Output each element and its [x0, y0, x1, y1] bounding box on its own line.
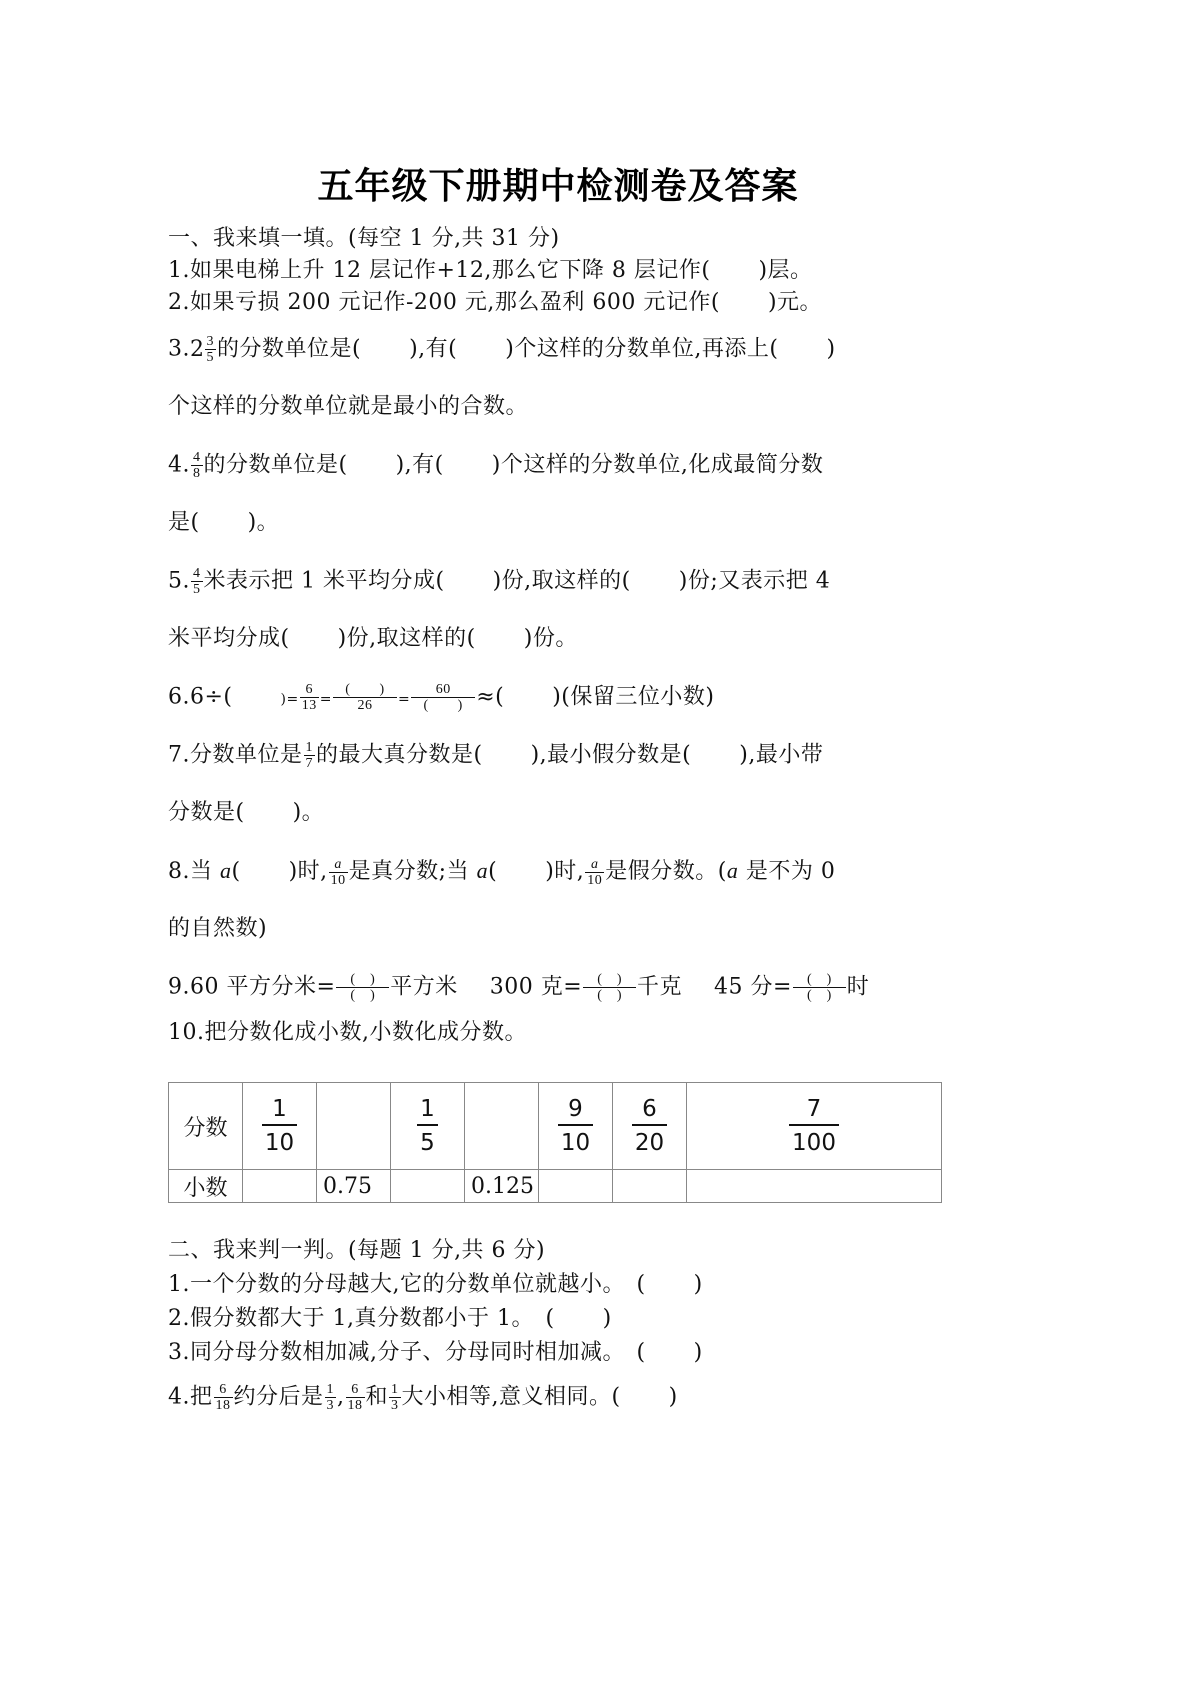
table-cell-blank[interactable] [317, 1083, 391, 1170]
conversion-table: 分数 110 15 910 620 7100 小数 0.75 0.125 [168, 1082, 942, 1203]
fraction-blank-numerator[interactable]: ( )26 [333, 682, 397, 713]
table-row-fractions: 分数 110 15 910 620 7100 [169, 1083, 942, 1170]
table-cell: 15 [391, 1083, 465, 1170]
fraction: 613 [300, 682, 319, 713]
fraction: 13 [389, 1382, 401, 1413]
fraction: 45 [191, 566, 203, 597]
question-1-9: 9.60 平方分米=( )( )平方米300 克=( )( )千克45 分=( … [168, 972, 869, 1003]
question-1-10: 10.把分数化成小数,小数化成分数。 [168, 1018, 527, 1048]
judge-question-4: 4.把618约分后是13,618和13大小相等,意义相同。() [168, 1382, 678, 1413]
question-1-1: 1.如果电梯上升 12 层记作+12,那么它下降 8 层记作()层。 [168, 256, 813, 286]
fraction: 13 [325, 1382, 337, 1413]
table-cell: 620 [613, 1083, 687, 1170]
judge-question-1: 1.一个分数的分母越大,它的分数单位就越小。 () [168, 1270, 703, 1300]
table-cell: 0.125 [465, 1170, 539, 1203]
question-1-3: 3.235的分数单位是(),有()个这样的分数单位,再添上() [168, 334, 836, 365]
question-1-5-cont: 米平均分成()份,取这样的()份。 [168, 624, 578, 654]
fraction-blank[interactable]: ( )( ) [583, 972, 636, 1003]
fraction: 618 [346, 1382, 365, 1413]
question-1-5: 5.45米表示把 1 米平均分成()份,取这样的()份;又表示把 4 [168, 566, 830, 597]
table-cell-blank[interactable] [539, 1170, 613, 1203]
table-cell: 7100 [687, 1083, 942, 1170]
table-cell-blank[interactable] [391, 1170, 465, 1203]
question-1-8: 8.当 a()时,a10是真分数;当 a()时,a10是假分数。(a 是不为 0 [168, 856, 835, 888]
fraction-blank[interactable]: ( )( ) [793, 972, 846, 1003]
fraction: a10 [585, 857, 604, 888]
table-cell-blank[interactable] [243, 1170, 317, 1203]
table-cell: 110 [243, 1083, 317, 1170]
table-row-decimals: 小数 0.75 0.125 [169, 1170, 942, 1203]
table-cell-blank[interactable] [465, 1083, 539, 1170]
table-cell: 910 [539, 1083, 613, 1170]
fraction: 17 [304, 740, 316, 771]
table-cell-blank[interactable] [613, 1170, 687, 1203]
fraction: 618 [214, 1382, 233, 1413]
question-1-7: 7.分数单位是17的最大真分数是(),最小假分数是(),最小带 [168, 740, 823, 771]
judge-question-3: 3.同分母分数相加减,分子、分母同时相加减。 () [168, 1338, 703, 1368]
fraction-blank[interactable]: ( )( ) [336, 972, 389, 1003]
question-1-2: 2.如果亏损 200 元记作-200 元,那么盈利 600 元记作()元。 [168, 288, 822, 318]
question-1-3-cont: 个这样的分数单位就是最小的合数。 [168, 392, 528, 422]
table-cell-blank[interactable] [687, 1170, 942, 1203]
question-1-4: 4.48的分数单位是(),有()个这样的分数单位,化成最简分数 [168, 450, 823, 481]
question-1-6: 6.6÷()=613=( )26=60( )≈()(保留三位小数) [168, 682, 714, 715]
page-title: 五年级下册期中检测卷及答案 [168, 158, 948, 209]
table-cell: 0.75 [317, 1170, 391, 1203]
judge-question-2: 2.假分数都大于 1,真分数都小于 1。 () [168, 1304, 612, 1334]
section1-heading: 一、我来填一填。(每空 1 分,共 31 分) [168, 224, 560, 254]
fraction-blank-denominator[interactable]: 60( ) [411, 682, 475, 713]
fraction: 48 [191, 450, 203, 481]
fraction: 35 [205, 334, 217, 365]
row-label: 小数 [169, 1170, 243, 1203]
question-1-8-cont: 的自然数) [168, 914, 267, 944]
section2-heading: 二、我来判一判。(每题 1 分,共 6 分) [168, 1236, 545, 1266]
row-label: 分数 [169, 1083, 243, 1170]
question-1-7-cont: 分数是()。 [168, 798, 324, 828]
question-1-4-cont: 是()。 [168, 508, 279, 538]
fraction: a10 [329, 857, 348, 888]
